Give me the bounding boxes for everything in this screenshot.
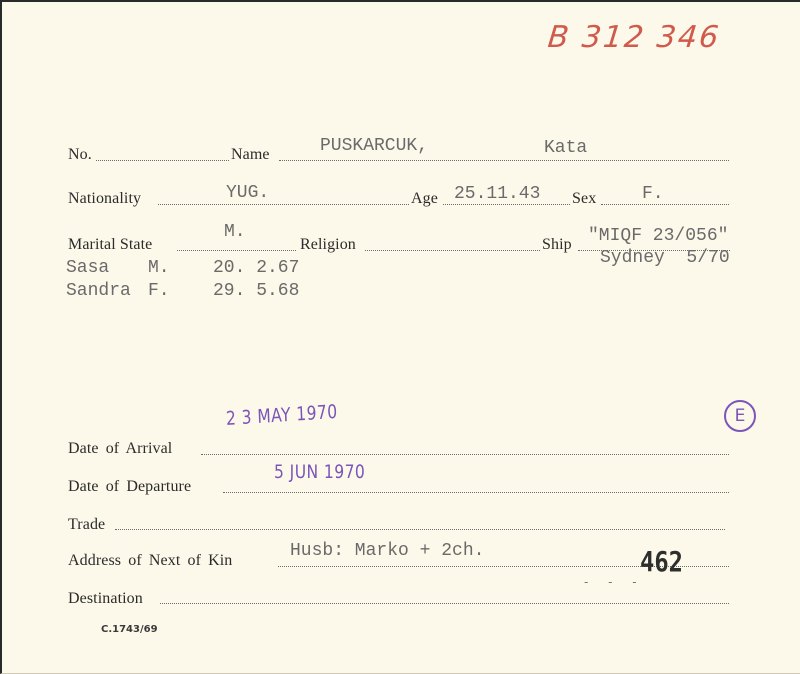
nationality-label: Nationality	[68, 190, 141, 208]
age-line	[443, 204, 570, 205]
date-of-departure-label: Date of Departure	[68, 478, 191, 496]
arrival-line	[201, 454, 729, 455]
date-of-arrival-label: Date of Arrival	[68, 440, 172, 458]
child-name: Sasa	[66, 258, 148, 278]
no-line	[96, 160, 229, 161]
surname-value: PUSKARCUK,	[320, 136, 428, 156]
departure-line	[223, 492, 729, 493]
age-label: Age	[411, 190, 438, 208]
nationality-value: YUG.	[226, 183, 269, 203]
marital-state-line	[177, 250, 296, 251]
religion-line	[365, 250, 540, 251]
destination-label: Destination	[68, 590, 143, 608]
child-name: Sandra	[66, 281, 148, 301]
nationality-line	[158, 204, 409, 205]
child-sex: F.	[148, 281, 213, 301]
departure-date-stamp: 5 JUN 1970	[274, 461, 365, 483]
child-dob: 20. 2.67	[213, 258, 299, 278]
sex-line	[601, 204, 729, 205]
ship-value: "MIQF 23/056"	[588, 226, 728, 246]
immigration-record-card: B 312 346 No. Name PUSKARCUK, Kata Natio…	[0, 0, 800, 674]
sex-label: Sex	[572, 190, 596, 208]
next-of-kin-label: Address of Next of Kin	[68, 552, 232, 570]
given-name-value: Kata	[544, 138, 587, 158]
marital-state-value: M.	[224, 222, 246, 242]
arrival-date-stamp: 2 3 MAY 1970	[226, 401, 338, 430]
ship-port-date: Sydney 5/70	[600, 248, 730, 268]
name-line	[279, 160, 729, 161]
reference-number: B 312 346	[546, 20, 722, 55]
faint-dashes: - - -	[584, 575, 645, 589]
endorsement-e-stamp: E	[724, 400, 756, 432]
trade-line	[115, 529, 725, 530]
no-label: No.	[68, 146, 92, 164]
trade-label: Trade	[68, 516, 105, 534]
child-row: SasaM.20. 2.67	[66, 258, 299, 278]
next-of-kin-value: Husb: Marko + 2ch.	[290, 541, 484, 561]
sex-value: F.	[642, 184, 664, 204]
age-value: 25.11.43	[454, 184, 540, 204]
form-code: C.1743/69	[101, 624, 158, 635]
child-sex: M.	[148, 258, 213, 278]
child-row: SandraF.29. 5.68	[66, 281, 299, 301]
counter-number: 462	[640, 545, 683, 578]
ship-label: Ship	[542, 236, 572, 254]
name-label: Name	[231, 146, 270, 164]
marital-state-label: Marital State	[68, 236, 152, 254]
religion-label: Religion	[300, 236, 356, 254]
child-dob: 29. 5.68	[213, 281, 299, 301]
destination-line	[160, 603, 729, 604]
